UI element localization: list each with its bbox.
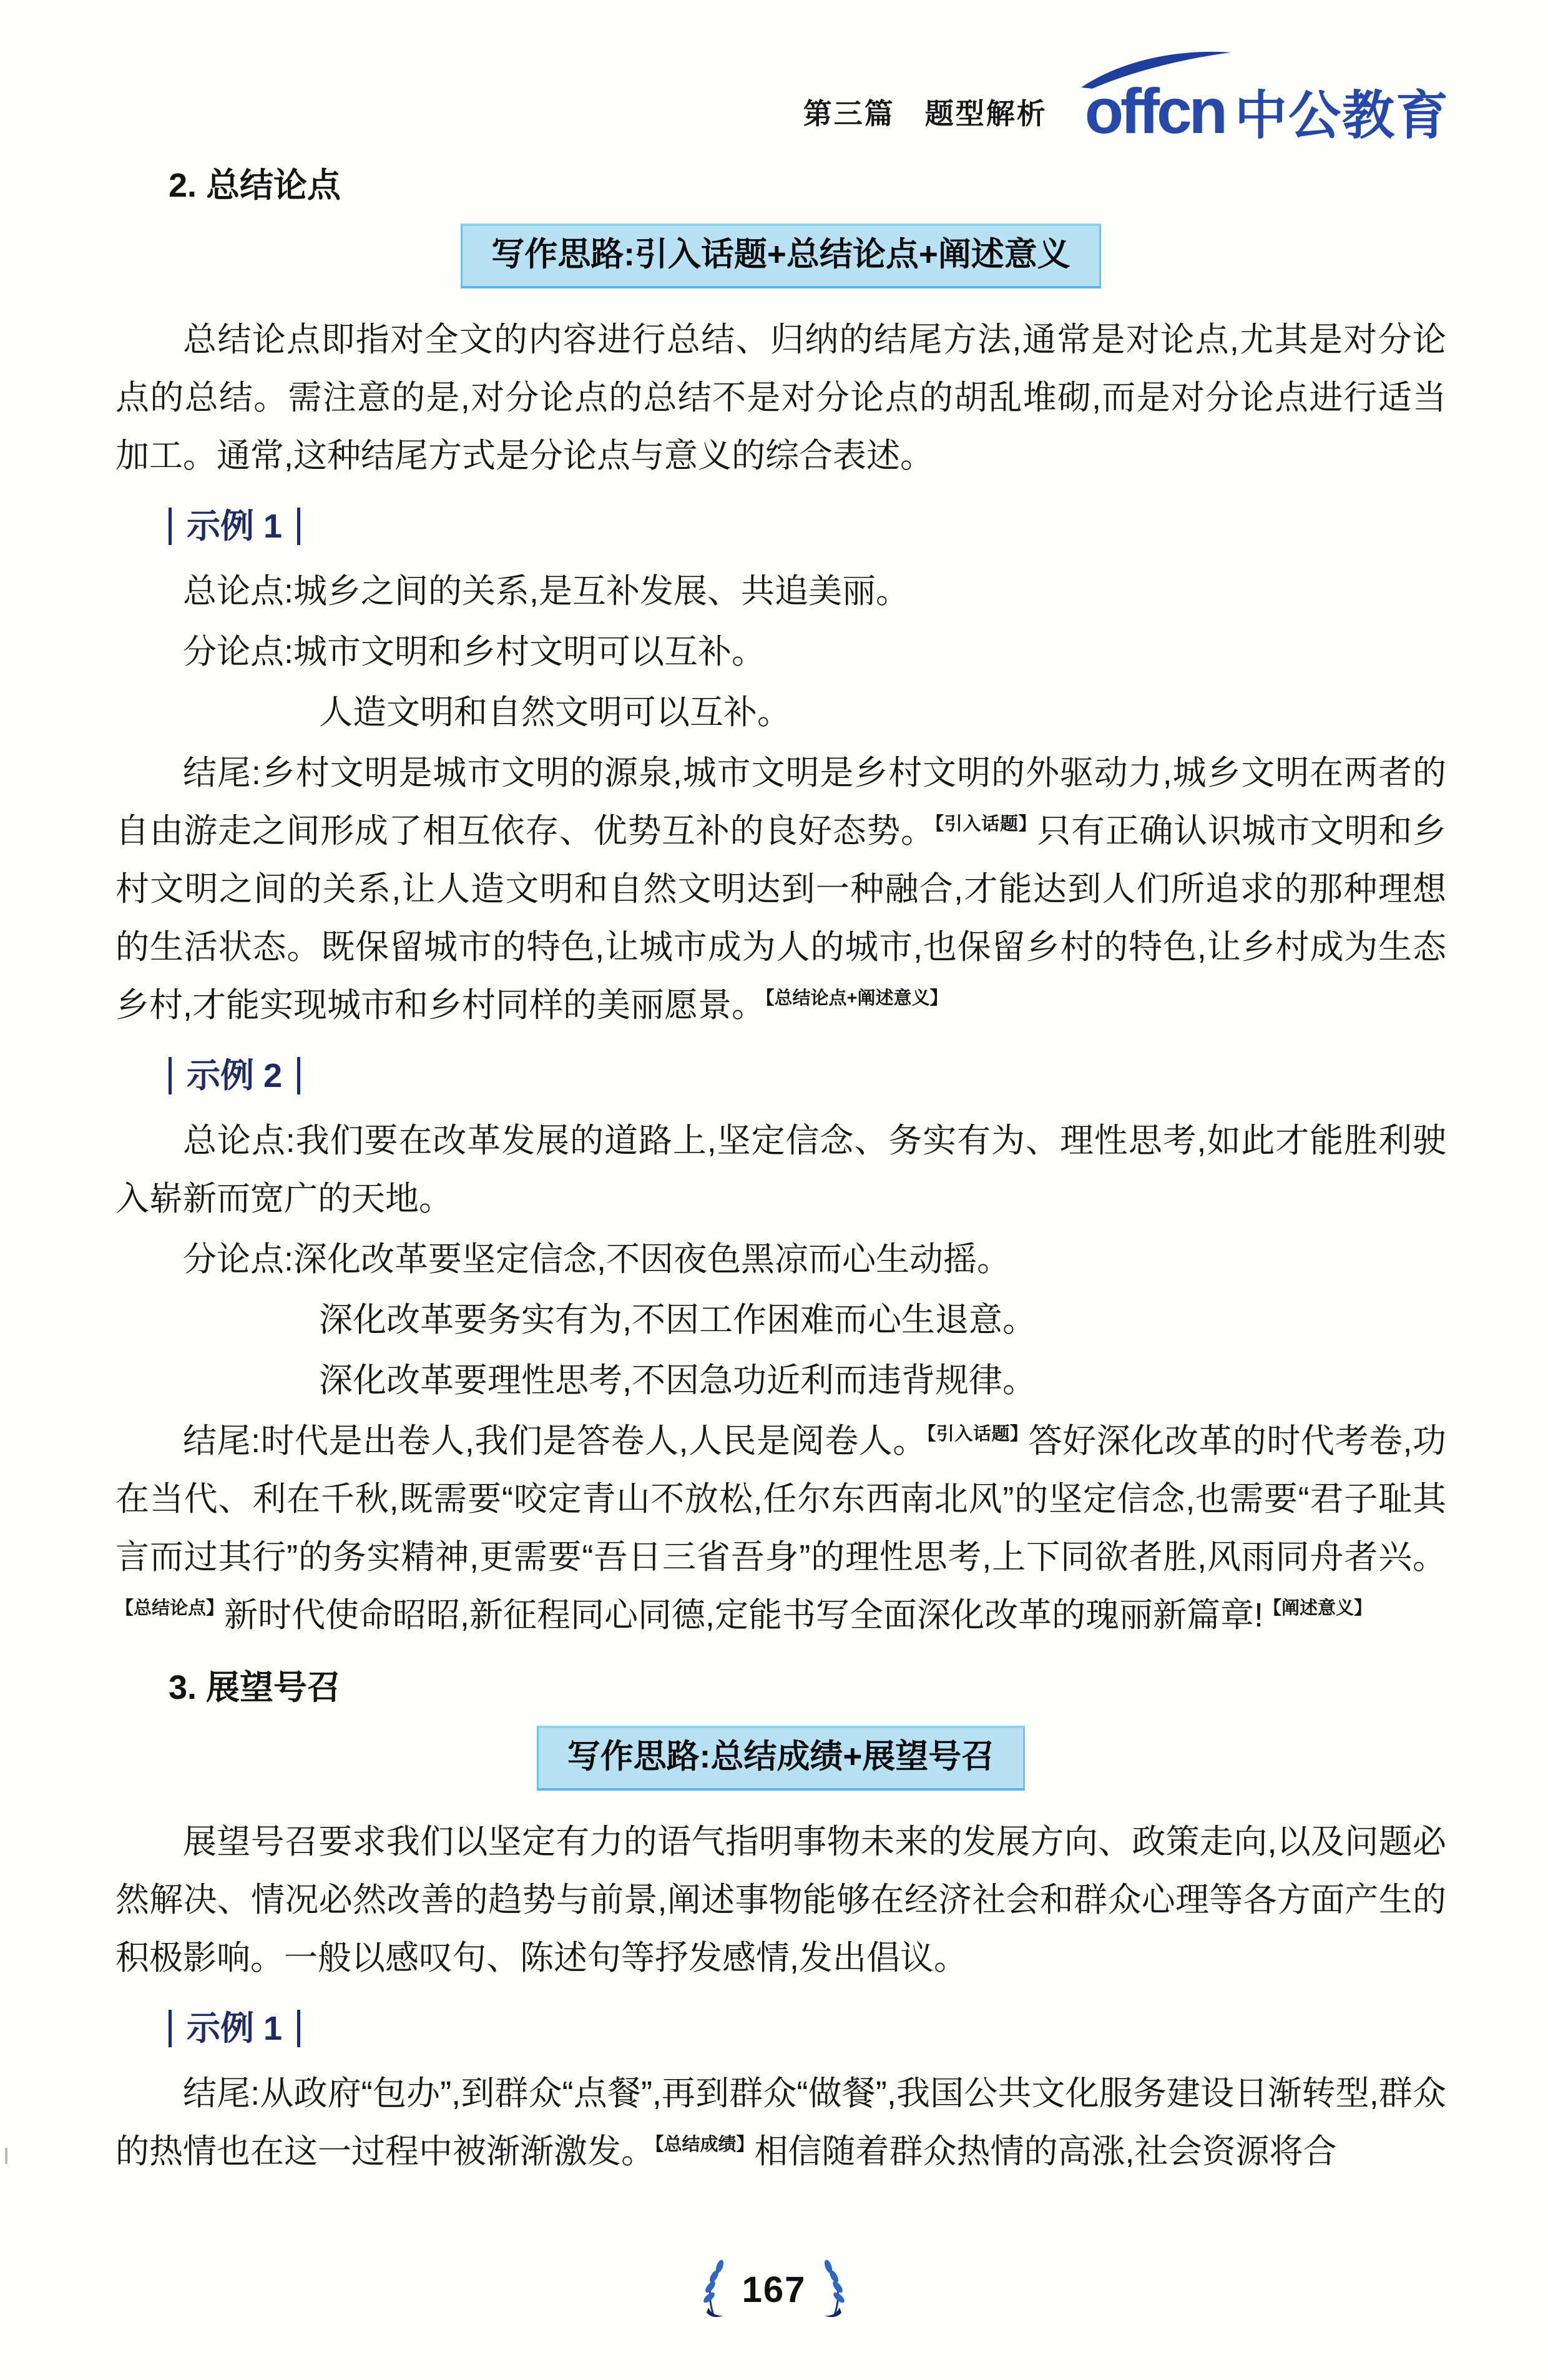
laurel-left-icon bbox=[697, 2259, 730, 2320]
ending-text: 结尾:时代是出卷人,我们是答卷人,人民是阅卷人。 bbox=[183, 1422, 927, 1460]
ending-paragraph: 结尾:乡村文明是城市文明的源泉,城市文明是乡村文明的外驱动力,城乡文明在两者的自… bbox=[115, 744, 1446, 1035]
page-footer: 167 bbox=[0, 2259, 1548, 2320]
laurel-right-icon bbox=[818, 2259, 851, 2320]
running-title: 第三篇 题型解析 bbox=[803, 91, 1047, 132]
page-header: 第三篇 题型解析 offcn 中公教育 bbox=[115, 74, 1449, 149]
label-bar-icon bbox=[169, 1057, 172, 1094]
running-title-part: 第三篇 bbox=[803, 91, 895, 132]
annotation-tag: 【阐述意义】 bbox=[1263, 1598, 1372, 1618]
ending-text: 新时代使命昭昭,新征程同心同德,定能书写全面深化改革的瑰丽新篇章! bbox=[224, 1596, 1263, 1634]
example-label: 示例 2 bbox=[169, 1056, 1446, 1096]
brand-latin-wrap: offcn bbox=[1085, 75, 1225, 148]
book-page: 第三篇 题型解析 offcn 中公教育 2. 总结论点 写作思路:引入话题+总结… bbox=[0, 0, 1548, 2380]
example-label-text: 示例 1 bbox=[187, 506, 282, 546]
label-bar-icon bbox=[297, 1057, 300, 1094]
scan-edge-mark bbox=[5, 2148, 7, 2164]
label-bar-icon bbox=[297, 2010, 300, 2047]
writing-idea-box: 写作思路:引入话题+总结论点+阐述意义 bbox=[461, 224, 1101, 288]
example-label-text: 示例 1 bbox=[187, 2009, 282, 2048]
example-label: 示例 1 bbox=[169, 2009, 1446, 2048]
main-point-line: 总论点:我们要在改革发展的道路上,坚定信念、务实有为、理性思考,如此才能胜利驶入… bbox=[115, 1112, 1446, 1228]
annotation-tag: 【总结成绩】 bbox=[655, 2135, 755, 2155]
annotation-tag: 【引入话题】 bbox=[927, 1424, 1029, 1444]
writing-idea-box: 写作思路:总结成绩+展望号召 bbox=[537, 1726, 1026, 1791]
section-heading-3: 3. 展望号召 bbox=[169, 1666, 1446, 1709]
offcn-swoosh-icon bbox=[1079, 50, 1235, 90]
ending-text: 相信随着群众热情的高涨,社会资源将合 bbox=[755, 2133, 1337, 2170]
intro-paragraph: 总结论点即指对全文的内容进行总结、归纳的结尾方法,通常是对论点,尤其是对分论点的… bbox=[115, 311, 1446, 485]
page-number: 167 bbox=[742, 2269, 806, 2311]
label-bar-icon bbox=[297, 508, 300, 545]
annotation-tag: 【总结论点+阐述意义】 bbox=[765, 988, 948, 1008]
main-point-line: 总论点:城乡之间的关系,是互补发展、共追美丽。 bbox=[115, 563, 1446, 621]
sub-point-line: 分论点:城市文明和乡村文明可以互补。 bbox=[115, 623, 1446, 681]
sub-point-line: 深化改革要务实有为,不因工作困难而心生退意。 bbox=[115, 1291, 1446, 1349]
annotation-tag: 【总结论点】 bbox=[115, 1598, 224, 1618]
label-bar-icon bbox=[169, 2010, 172, 2047]
brand-wordmark-cn: 中公教育 bbox=[1235, 74, 1449, 149]
sub-point-line: 人造文明和自然文明可以互补。 bbox=[115, 684, 1446, 742]
label-bar-icon bbox=[169, 508, 172, 545]
example-label-text: 示例 2 bbox=[187, 1056, 282, 1096]
intro-paragraph: 展望号召要求我们以坚定有力的语气指明事物未来的发展方向、政策走向,以及问题必然解… bbox=[115, 1813, 1446, 1987]
ending-paragraph: 结尾:时代是出卷人,我们是答卷人,人民是阅卷人。【引入话题】答好深化改革的时代考… bbox=[115, 1412, 1446, 1645]
brand-logo: offcn 中公教育 bbox=[1085, 74, 1449, 149]
annotation-tag: 【引入话题】 bbox=[935, 814, 1037, 834]
running-title-section: 题型解析 bbox=[925, 91, 1047, 132]
page-content: 2. 总结论点 写作思路:引入话题+总结论点+阐述意义 总结论点即指对全文的内容… bbox=[115, 164, 1446, 2181]
ending-paragraph: 结尾:从政府“包办”,到群众“点餐”,再到群众“做餐”,我国公共文化服务建设日渐… bbox=[115, 2065, 1446, 2181]
sub-point-line: 分论点:深化改革要坚定信念,不因夜色黑凉而心生动摇。 bbox=[115, 1231, 1446, 1289]
section-heading-2: 2. 总结论点 bbox=[169, 164, 1446, 207]
sub-point-line: 深化改革要理性思考,不因急功近利而违背规律。 bbox=[115, 1352, 1446, 1410]
example-label: 示例 1 bbox=[169, 506, 1446, 546]
